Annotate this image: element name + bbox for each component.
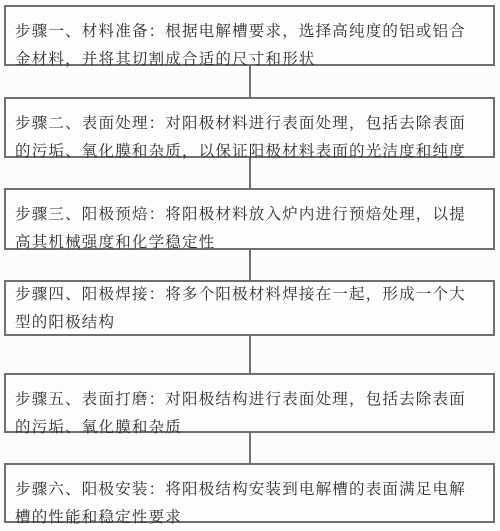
- flow-step-6-text: 步骤六、阳极安装：将阳极结构安装到电解槽的表面满足电解槽的性能和稳定性要求: [15, 480, 466, 526]
- flow-step-4-anode-welding: 步骤四、阳极焊接：将多个阳极材料焊接在一起，形成一个大型的阳极结构: [4, 280, 495, 336]
- flow-step-6-anode-installation: 步骤六、阳极安装：将阳极结构安装到电解槽的表面满足电解槽的性能和稳定性要求: [4, 463, 495, 523]
- connector-line-4: [249, 336, 251, 373]
- flow-step-4-text: 步骤四、阳极焊接：将多个阳极材料焊接在一起，形成一个大型的阳极结构: [15, 280, 477, 336]
- flow-step-2-text: 步骤二、表面处理：对阳极材料进行表面处理，包括去除表面的污垢、氧化膜和杂质，以保…: [15, 114, 466, 160]
- connector-line-3: [249, 250, 251, 280]
- flow-step-1-material-preparation: 步骤一、材料准备：根据电解槽要求，选择高纯度的铝或铝合金材料，并将其切割成合适的…: [4, 5, 495, 66]
- flow-step-5-text: 步骤五、表面打磨：对阳极结构进行表面处理，包括去除表面的污垢、氧化膜和杂质: [15, 390, 466, 436]
- flow-step-3-anode-prebaking: 步骤三、阳极预焙：将阳极材料放入炉内进行预焙处理，以提高其机械强度和化学稳定性: [4, 188, 495, 250]
- anode-fabrication-flowchart: 步骤一、材料准备：根据电解槽要求，选择高纯度的铝或铝合金材料，并将其切割成合适的…: [0, 0, 500, 531]
- connector-line-2: [249, 158, 251, 188]
- flow-step-2-surface-treatment: 步骤二、表面处理：对阳极材料进行表面处理，包括去除表面的污垢、氧化膜和杂质，以保…: [4, 97, 495, 158]
- connector-line-1: [249, 66, 251, 97]
- flow-step-3-text: 步骤三、阳极预焙：将阳极材料放入炉内进行预焙处理，以提高其机械强度和化学稳定性: [15, 205, 466, 251]
- connector-line-5: [249, 433, 251, 463]
- flow-step-5-surface-polishing: 步骤五、表面打磨：对阳极结构进行表面处理，包括去除表面的污垢、氧化膜和杂质: [4, 373, 495, 433]
- flow-step-1-text: 步骤一、材料准备：根据电解槽要求，选择高纯度的铝或铝合金材料，并将其切割成合适的…: [15, 22, 466, 68]
